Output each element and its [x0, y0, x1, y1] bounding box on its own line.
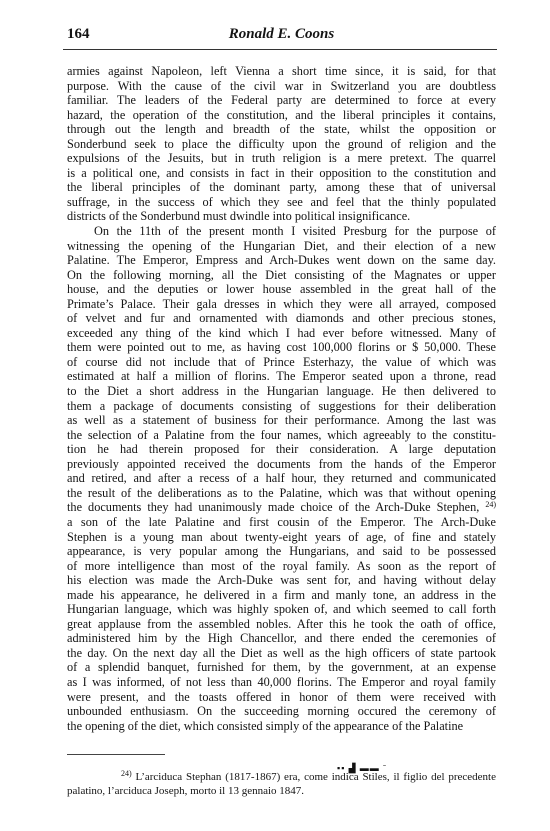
text-line: suffrage, in the success of which they s…	[67, 195, 496, 210]
footnote-marker: 24)	[121, 769, 132, 778]
text-line: the liberal principles of the dominant p…	[67, 180, 496, 195]
text-line: the selection of a Palatine from the fou…	[67, 428, 496, 443]
header-rule	[63, 49, 497, 50]
text-line: made his appearance, he delivered in a f…	[67, 588, 496, 603]
text-line: of a splendid banquet, furnished for the…	[67, 660, 496, 675]
footnote: 24) L’arciduca Stephan (1817-1867) era, …	[67, 770, 496, 798]
footnote-line: palatino, l’arciduca Joseph, morto il 13…	[67, 784, 496, 798]
text-line: estimated at half a million of florins. …	[67, 369, 496, 384]
paragraph-1: armies against Napoleon, left Vienna a s…	[67, 64, 496, 224]
text-line: of more intelligence than most of the ro…	[67, 559, 496, 574]
text-line: his election was made the Arch-Duke was …	[67, 573, 496, 588]
text-line: the result of the deliberations as to th…	[67, 486, 496, 501]
text-line: as well as a statement of business for t…	[67, 413, 496, 428]
text-line: through out the length and breadth of th…	[67, 122, 496, 137]
running-head: Ronald E. Coons	[67, 26, 496, 43]
text-line: is a political one, and consists in fact…	[67, 166, 496, 181]
text-line: witnessing the opening of the Hungarian …	[67, 239, 496, 254]
text-line: unbounded enthusiasm. On the succeeding …	[67, 704, 496, 719]
text-line: expulsions of the Jesuits, but in truth …	[67, 151, 496, 166]
text-line: house, and the deputies or lower house a…	[67, 282, 496, 297]
text-line: administered him by the High Chancellor,…	[67, 631, 496, 646]
page-header: 164 Ronald E. Coons	[67, 26, 496, 48]
body-text: armies against Napoleon, left Vienna a s…	[67, 64, 496, 733]
text-line: armies against Napoleon, left Vienna a s…	[67, 64, 496, 79]
text-line: them a package of documents consisting o…	[67, 399, 496, 414]
text-line: great applause from the assembled nobles…	[67, 617, 496, 632]
text-line: them were pointed out to me, as having c…	[67, 340, 496, 355]
text-line: of course did not include that of Prince…	[67, 355, 496, 370]
text-line: appearance, is very popular among the Hu…	[67, 544, 496, 559]
text-line: Primate’s Palace. Their gala dresses in …	[67, 297, 496, 312]
text-line: On the following morning, all the Diet c…	[67, 268, 496, 283]
text-line: Stephen is a young man about twenty-eigh…	[67, 530, 496, 545]
text-line: Sonderbund seek to place the difficulty …	[67, 137, 496, 152]
text-line: the day. On the next day all the Diet as…	[67, 646, 496, 661]
text-line: familiar. The leaders of the Federal par…	[67, 93, 496, 108]
text-line: exceeded any thing of the kind which I h…	[67, 326, 496, 341]
text-line: as I was informed, of not less than 40,0…	[67, 675, 496, 690]
text-line: hazard, the operation of the constitutio…	[67, 108, 496, 123]
paragraph-2: On the 11th of the present month I visit…	[67, 224, 496, 733]
text-line: districts of the Sonderbund must dwindle…	[67, 209, 496, 224]
text-line: and retired, and after a recess of a hal…	[67, 471, 496, 486]
text-line: tion he had therein proposed for their c…	[67, 442, 496, 457]
text-line: Hungarian language, which was highly spo…	[67, 602, 496, 617]
text-line: a son of the late Palatine and first cou…	[67, 515, 496, 530]
footnote-line: 24) L’arciduca Stephan (1817-1867) era, …	[67, 770, 496, 784]
text-line: purpose. With the cause of the civil war…	[67, 79, 496, 94]
text-line: the documents they had unanimously made …	[67, 500, 496, 515]
footnote-rule	[67, 754, 165, 755]
text-line: Palatine. The Emperor, Empress and Arch-…	[67, 253, 496, 268]
text-line: of velvet and fur and ornamented with di…	[67, 311, 496, 326]
text-line: to the Diet a short address in the Hunga…	[67, 384, 496, 399]
footnote-reference[interactable]: 24)	[485, 500, 496, 509]
text-line: previously appointed received the docume…	[67, 457, 496, 472]
text-line: were present, and the toasts offered in …	[67, 690, 496, 705]
text-line: the opening of the diet, which consisted…	[67, 719, 496, 734]
text-line: On the 11th of the present month I visit…	[67, 224, 496, 239]
